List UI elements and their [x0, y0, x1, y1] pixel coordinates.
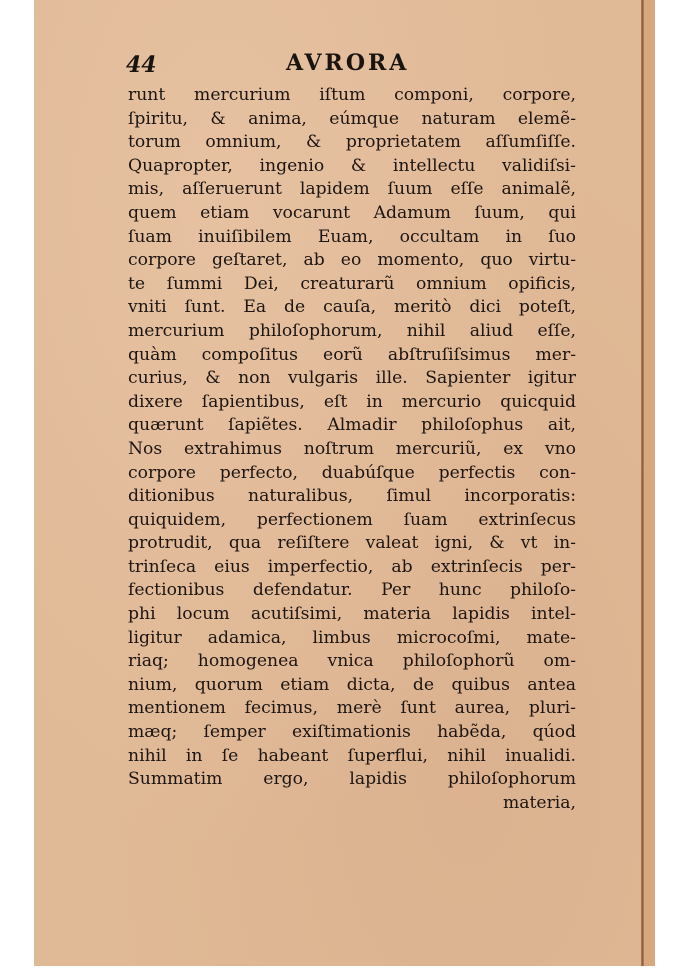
text-line: quem etiam vocarunt Adamum ſuum, qui [128, 202, 576, 226]
text-line: runt mercurium iſtum componi, corpore, [128, 84, 576, 108]
text-line: quærunt ſapiẽtes. Almadir philoſophus ai… [128, 414, 576, 438]
text-line: quiquidem, perfectionem ſuam extrinſecus [128, 509, 576, 533]
running-title: AVRORA [286, 50, 409, 76]
text-line: nium, quorum etiam dicta, de quibus ante… [128, 674, 576, 698]
body-text: runt mercurium iſtum componi, corpore, ſ… [128, 84, 576, 815]
text-line: ditionibus naturalibus, ſimul incorporat… [128, 485, 576, 509]
text-line: Quapropter, ingenio & intellectu validiſ… [128, 155, 576, 179]
text-line: corpore geſtaret, ab eo momento, quo vir… [128, 249, 576, 273]
text-line: nihil in ſe habeant ſuperflui, nihil inu… [128, 745, 576, 769]
catchword: materia, [128, 792, 576, 816]
text-line: mentionem fecimus, merè ſunt aurea, plur… [128, 697, 576, 721]
text-line: quàm compoſitus eorũ abſtruſiſsimus mer- [128, 344, 576, 368]
text-line: mercurium philoſophorum, nihil aliud eſſ… [128, 320, 576, 344]
text-line: mis, aſſeruerunt lapidem ſuum eſſe anima… [128, 178, 576, 202]
text-line: fectionibus defendatur. Per hunc philoſo… [128, 579, 576, 603]
text-line: Nos extrahimus noſtrum mercuriũ, ex vno [128, 438, 576, 462]
book-page: 44 AVRORA runt mercurium iſtum componi, … [34, 0, 655, 966]
text-line: riaq; homogenea vnica philoſophorũ om- [128, 650, 576, 674]
text-line: ſuam inuiſibilem Euam, occultam in ſuo [128, 226, 576, 250]
text-line: vniti ſunt. Ea de cauſa, meritò dici pot… [128, 296, 576, 320]
text-line: phi locum acutiſsimi, materia lapidis in… [128, 603, 576, 627]
text-line: trinſeca eius imperfectio, ab extrinſeci… [128, 556, 576, 580]
text-line: ligitur adamica, limbus microcoſmi, mate… [128, 627, 576, 651]
page-number: 44 [126, 52, 157, 78]
text-line: torum omnium, & proprietatem aſſumſiſſe. [128, 131, 576, 155]
page-header: 44 AVRORA [126, 48, 586, 78]
text-line: dixere ſapientibus, eſt in mercurio quic… [128, 391, 576, 415]
text-line: mæq; ſemper exiſtimationis habẽda, qúod [128, 721, 576, 745]
text-line: ſpiritu, & anima, eúmque naturam elemẽ- [128, 108, 576, 132]
page-edge [644, 0, 655, 966]
text-line: curius, & non vulgaris ille. Sapienter i… [128, 367, 576, 391]
text-line: corpore perfecto, duabúſque perfectis co… [128, 462, 576, 486]
page-fold-shadow [641, 0, 644, 966]
text-line: protrudit, qua reſiſtere valeat igni, & … [128, 532, 576, 556]
text-line: Summatim ergo, lapidis philoſophorum [128, 768, 576, 792]
text-line: te ſummi Dei, creaturarũ omnium opificis… [128, 273, 576, 297]
